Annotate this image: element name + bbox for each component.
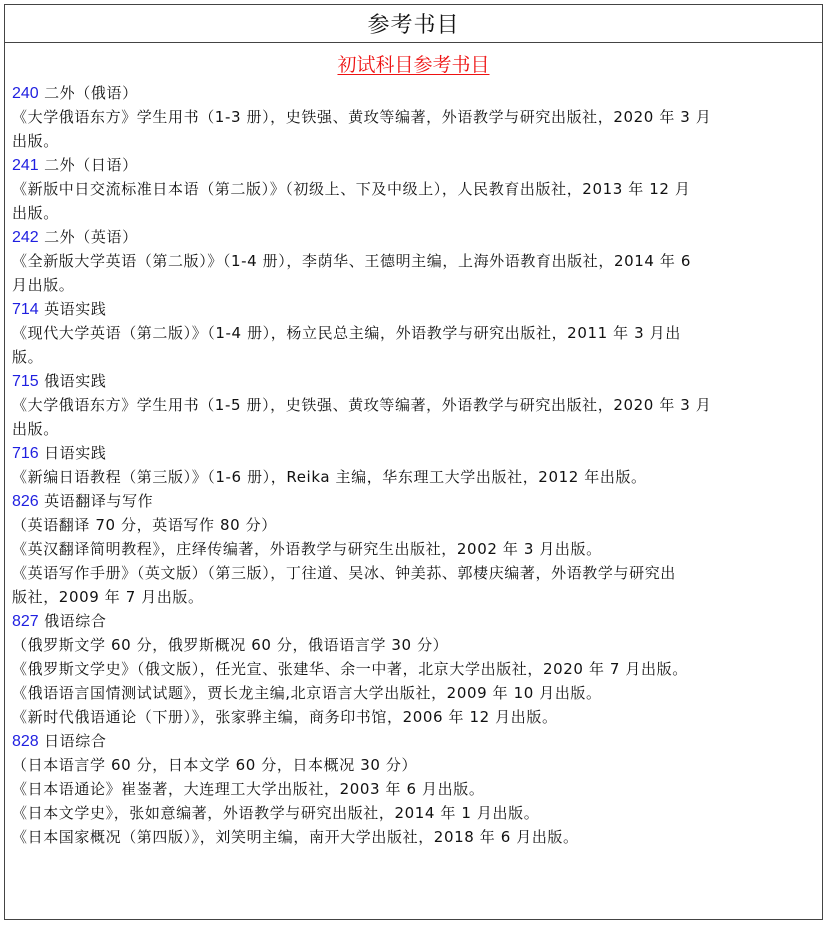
subject-heading-715: 715 俄语实践 [12, 369, 822, 393]
subject-code: 714 [12, 301, 39, 318]
book-line: 《英汉翻译简明教程》，庄绎传编著，外语教学与研究生出版社，2002 年 3 月出… [12, 537, 822, 561]
book-line: 出版。 [12, 417, 822, 441]
subject-name: 英语翻译与写作 [44, 492, 153, 510]
subject-heading-826: 826 英语翻译与写作 [12, 489, 822, 513]
subject-code: 826 [12, 493, 39, 510]
subject-heading-828: 828 日语综合 [12, 729, 822, 753]
table-header: 参考书目 [5, 5, 822, 43]
page-title: 参考书目 [367, 8, 459, 39]
subject-name: 二外（俄语） [44, 84, 138, 102]
table-body: 初试科目参考书目 240 二外（俄语） 《大学俄语东方》学生用书（1-3 册），… [5, 43, 822, 849]
subject-code: 242 [12, 229, 39, 246]
book-line: 《大学俄语东方》学生用书（1-3 册），史铁强、黄玫等编著，外语教学与研究出版社… [12, 105, 822, 129]
subject-name: 日语实践 [44, 444, 106, 462]
subject-code: 240 [12, 85, 39, 102]
subject-heading-827: 827 俄语综合 [12, 609, 822, 633]
book-line: 《英语写作手册》（英文版）（第三版），丁往道、吴冰、钟美荪、郭棲庆编著，外语教学… [12, 561, 822, 585]
subject-heading-242: 242 二外（英语） [12, 225, 822, 249]
book-line: 《日本语通论》崔崟著，大连理工大学出版社，2003 年 6 月出版。 [12, 777, 822, 801]
book-line: 《大学俄语东方》学生用书（1-5 册），史铁强、黄玫等编著，外语教学与研究出版社… [12, 393, 822, 417]
book-line: 《俄语语言国情测试试题》，贾长龙主编,北京语言大学出版社，2009 年 10 月… [12, 681, 822, 705]
subject-code: 715 [12, 373, 39, 390]
subject-name: 二外（日语） [44, 156, 138, 174]
subject-name: 英语实践 [44, 300, 106, 318]
subject-name: 俄语实践 [44, 372, 106, 390]
book-line: 《现代大学英语（第二版）》（1-4 册），杨立民总主编，外语教学与研究出版社，2… [12, 321, 822, 345]
subject-code: 827 [12, 613, 39, 630]
subject-code: 716 [12, 445, 39, 462]
book-line: 《全新版大学英语（第二版）》（1-4 册），李荫华、王德明主编，上海外语教育出版… [12, 249, 822, 273]
subject-code: 828 [12, 733, 39, 750]
subject-name: 二外（英语） [44, 228, 138, 246]
subject-name: 俄语综合 [44, 612, 106, 630]
subject-code: 241 [12, 157, 39, 174]
subject-heading-241: 241 二外（日语） [12, 153, 822, 177]
book-line: 《日本国家概况（第四版）》，刘笑明主编，南开大学出版社，2018 年 6 月出版… [12, 825, 822, 849]
book-line: 版社，2009 年 7 月出版。 [12, 585, 822, 609]
subtitle-row: 初试科目参考书目 [12, 49, 815, 81]
subject-heading-714: 714 英语实践 [12, 297, 822, 321]
score-breakdown: （日本语言学 60 分，日本文学 60 分，日本概况 30 分） [12, 753, 822, 777]
score-breakdown: （英语翻译 70 分，英语写作 80 分） [12, 513, 822, 537]
subject-heading-716: 716 日语实践 [12, 441, 822, 465]
reference-books-table: 参考书目 初试科目参考书目 240 二外（俄语） 《大学俄语东方》学生用书（1-… [4, 4, 823, 920]
book-line: 月出版。 [12, 273, 822, 297]
book-line: 《日本文学史》，张如意编著，外语教学与研究出版社，2014 年 1 月出版。 [12, 801, 822, 825]
book-line: 版。 [12, 345, 822, 369]
subject-heading-240: 240 二外（俄语） [12, 81, 822, 105]
section-subtitle: 初试科目参考书目 [337, 54, 489, 76]
score-breakdown: （俄罗斯文学 60 分，俄罗斯概况 60 分，俄语语言学 30 分） [12, 633, 822, 657]
book-line: 出版。 [12, 129, 822, 153]
book-line: 出版。 [12, 201, 822, 225]
subject-name: 日语综合 [44, 732, 106, 750]
book-line: 《新时代俄语通论（下册）》，张家骅主编，商务印书馆，2006 年 12 月出版。 [12, 705, 822, 729]
book-line: 《新编日语教程（第三版）》（1-6 册），Reika 主编，华东理工大学出版社，… [12, 465, 822, 489]
book-line: 《新版中日交流标准日本语（第二版）》（初级上、下及中级上），人民教育出版社，20… [12, 177, 822, 201]
book-line: 《俄罗斯文学史》（俄文版），任光宣、张建华、余一中著，北京大学出版社，2020 … [12, 657, 822, 681]
